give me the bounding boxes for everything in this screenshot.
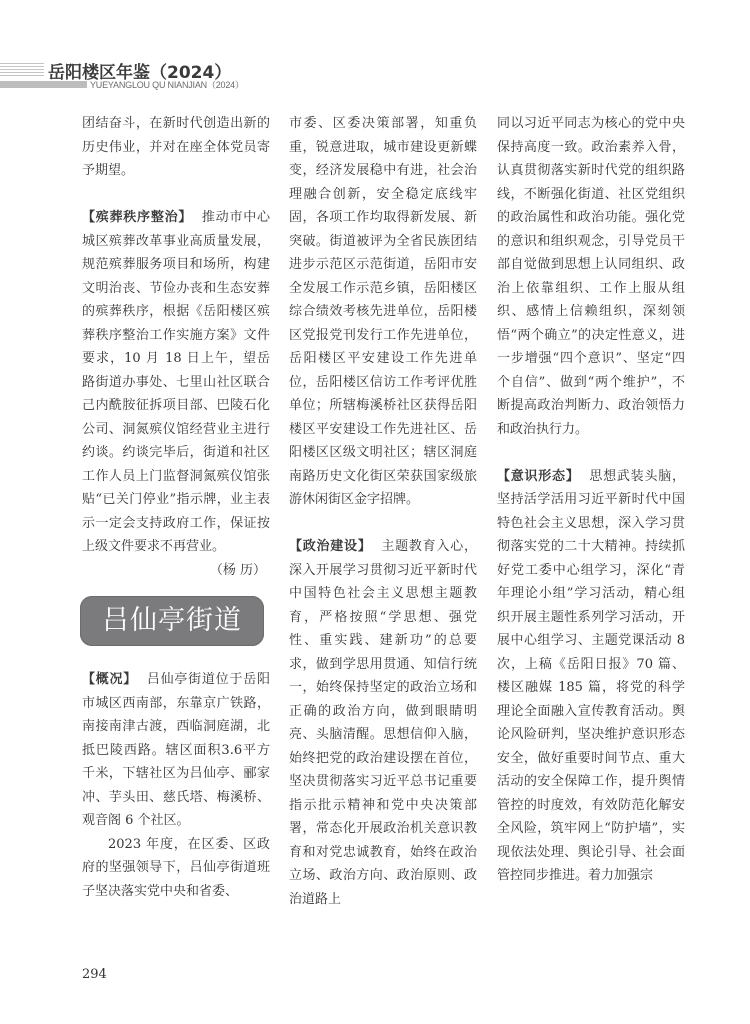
author-credit: （杨 历） (82, 559, 270, 583)
section-heading-box: 吕仙亭街道 (80, 596, 264, 646)
paragraph-continuation: 同以习近平同志为核心的党中央保持高度一致。政治素养入骨，认真贯彻落实新时代党的组… (497, 112, 685, 441)
yearbook-subtitle: YUEYANGLOU QU NIANJIAN（2024） (90, 78, 244, 91)
section-political-construction: 【政治建设】 主题教育入心，深入开展学习贯彻习近平新时代中国特色社会主义思想主题… (289, 535, 477, 911)
column-1: 团结奋斗，在新时代创造出新的历史伟业，并对在座全体党员寄予期望。 【殡葬秩序整治… (82, 112, 270, 903)
column-2: 市委、区委决策部署，知重负重，锐意进取，城市建设更新蝶变，经济发展稳中有进，社会… (289, 112, 477, 911)
section-label: 【殡葬秩序整治】 (82, 210, 192, 225)
page-number: 294 (82, 967, 107, 982)
paragraph-2023: 2023 年度，在区委、区政府的坚强领导下，吕仙亭街道班子坚决落实党中央和省委、 (82, 833, 270, 904)
section-body: 主题教育入心，深入开展学习贯彻习近平新时代中国特色社会主义思想主题教育，严格按照… (289, 539, 477, 907)
section-body: 推动市中心城区殡葬改革事业高质量发展，规范殡葬服务项目和场所，构建文明治丧、节俭… (82, 210, 270, 554)
column-3: 同以习近平同志为核心的党中央保持高度一致。政治素养入骨，认真贯彻落实新时代党的组… (497, 112, 685, 888)
running-header: 岳阳楼区年鉴（2024） YUEYANGLOU QU NIANJIAN（2024… (0, 58, 750, 98)
section-funeral-order: 【殡葬秩序整治】 推动市中心城区殡葬改革事业高质量发展，规范殡葬服务项目和场所，… (82, 206, 270, 559)
paragraph-continuation: 团结奋斗，在新时代创造出新的历史伟业，并对在座全体党员寄予期望。 (82, 112, 270, 183)
paragraph-continuation: 市委、区委决策部署，知重负重，锐意进取，城市建设更新蝶变，经济发展稳中有进，社会… (289, 112, 477, 512)
section-overview: 【概况】 吕仙亭街道位于岳阳市城区西南部，东靠京广铁路，南接南津古渡，西临洞庭湖… (82, 668, 270, 833)
header-stripes-decoration (0, 63, 44, 77)
header-bar-decoration (0, 81, 87, 88)
section-label: 【意识形态】 (497, 469, 580, 484)
section-body: 吕仙亭街道位于岳阳市城区西南部，东靠京广铁路，南接南津古渡，西临洞庭湖，北抵巴陵… (82, 672, 270, 828)
section-ideology: 【意识形态】 思想武装头脑，坚持活学活用习近平新时代中国特色社会主义思想，深入学… (497, 465, 685, 888)
section-label: 【政治建设】 (289, 539, 372, 554)
section-label: 【概况】 (82, 672, 137, 687)
section-body: 思想武装头脑，坚持活学活用习近平新时代中国特色社会主义思想，深入学习贯彻落实党的… (497, 469, 685, 884)
